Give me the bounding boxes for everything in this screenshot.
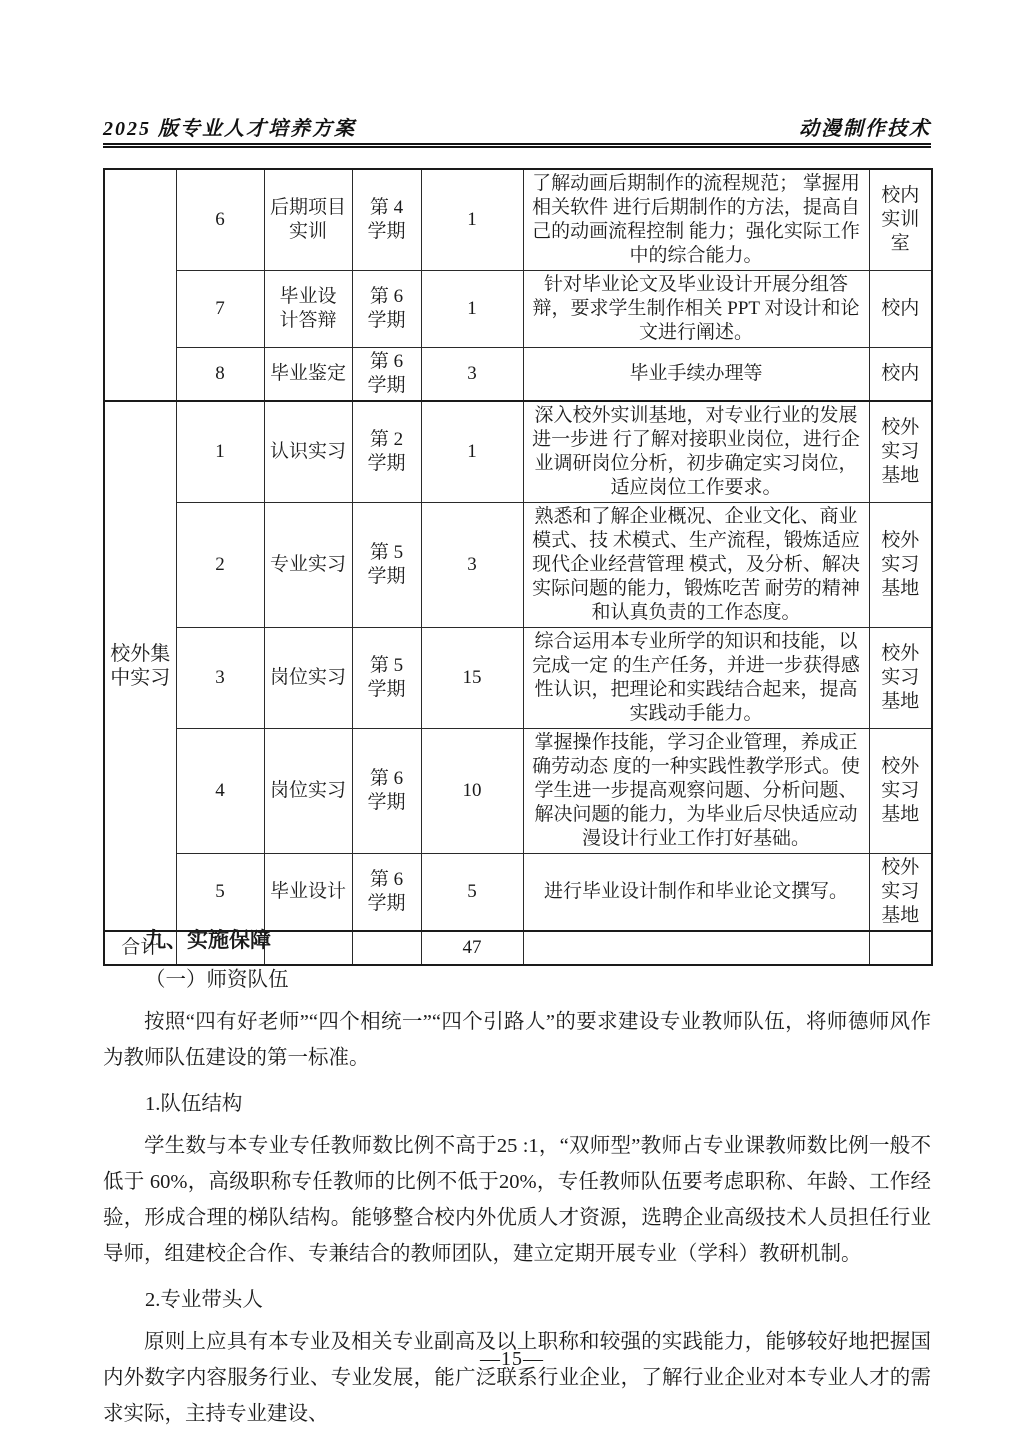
cell-category-empty [104, 169, 176, 401]
cell-term: 第 4 学期 [352, 169, 421, 271]
cell-term: 第 6 学期 [352, 271, 421, 348]
cell-term: 第 5 学期 [352, 628, 421, 729]
cell-location: 校内 [869, 271, 932, 348]
table-row: 3 岗位实习 第 5 学期 15 综合运用本专业所学的知识和技能，以完成一定 的… [104, 628, 932, 729]
cell-course-name: 专业实习 [264, 503, 352, 628]
cell-weeks: 5 [421, 854, 523, 932]
cell-term: 第 2 学期 [352, 401, 421, 503]
cell-course-name: 毕业设 计答辩 [264, 271, 352, 348]
cell-seq: 8 [176, 348, 264, 402]
paragraph-teacher-team: 按照“四有好老师”“四个相统一”“四个引路人”的要求建设专业教师队伍，将师德师风… [103, 1004, 931, 1076]
cell-weeks: 1 [421, 169, 523, 271]
header-left-title: 2025 版专业人才培养方案 [103, 112, 356, 141]
cell-location: 校外 实习 基地 [869, 628, 932, 729]
practicum-table: 6 后期项目 实训 第 4 学期 1 了解动画后期制作的流程规范； 掌握用相关软… [103, 168, 933, 966]
cell-weeks: 1 [421, 271, 523, 348]
cell-category-offcampus: 校外集 中实习 [104, 401, 176, 931]
cell-weeks: 10 [421, 729, 523, 854]
cell-description: 毕业手续办理等 [523, 348, 869, 402]
cell-seq: 5 [176, 854, 264, 932]
cell-description: 进行毕业设计制作和毕业论文撰写。 [523, 854, 869, 932]
cell-location: 校外 实习 基地 [869, 729, 932, 854]
page-number: —15— [0, 1348, 1024, 1371]
cell-seq: 7 [176, 271, 264, 348]
table-row: 8 毕业鉴定 第 6 学期 3 毕业手续办理等 校内 [104, 348, 932, 402]
cell-term: 第 5 学期 [352, 503, 421, 628]
cell-seq: 3 [176, 628, 264, 729]
table-row: 校外集 中实习 1 认识实习 第 2 学期 1 深入校外实训基地，对专业行业的发… [104, 401, 932, 503]
cell-location: 校内 实训 室 [869, 169, 932, 271]
page-header: 2025 版专业人才培养方案 动漫制作技术 [103, 112, 931, 141]
cell-course-name: 岗位实习 [264, 729, 352, 854]
cell-seq: 1 [176, 401, 264, 503]
table-row: 7 毕业设 计答辩 第 6 学期 1 针对毕业论文及毕业设计开展分组答辩，要求学… [104, 271, 932, 348]
paragraph-structure: 学生数与本专业专任教师数比例不高于25 :1，“双师型”教师占专业课教师数比例一… [103, 1128, 931, 1272]
paragraph-leader: 原则上应具有本专业及相关专业副高及以上职称和较强的实践能力，能够较好地把握国内外… [103, 1324, 931, 1432]
cell-course-name: 认识实习 [264, 401, 352, 503]
cell-weeks: 1 [421, 401, 523, 503]
cell-term: 第 6 学期 [352, 348, 421, 402]
cell-location: 校内 [869, 348, 932, 402]
header-right-title: 动漫制作技术 [799, 112, 931, 141]
cell-description: 综合运用本专业所学的知识和技能，以完成一定 的生产任务，并进一步获得感性认识，把… [523, 628, 869, 729]
item-title-leader: 2.专业带头人 [145, 1284, 931, 1316]
document-page: 2025 版专业人才培养方案 动漫制作技术 6 后期项目 实训 第 4 学期 1… [0, 0, 1024, 1448]
cell-description: 掌握操作技能，学习企业管理，养成正确劳动态 度的一种实践性教学形式。使学生进一步… [523, 729, 869, 854]
table-row: 4 岗位实习 第 6 学期 10 掌握操作技能，学习企业管理，养成正确劳动态 度… [104, 729, 932, 854]
cell-description: 熟悉和了解企业概况、企业文化、商业模式、技 术模式、生产流程，锻炼适应现代企业经… [523, 503, 869, 628]
cell-weeks: 3 [421, 503, 523, 628]
cell-course-name: 岗位实习 [264, 628, 352, 729]
header-double-rule [103, 143, 931, 148]
table-row: 6 后期项目 实训 第 4 学期 1 了解动画后期制作的流程规范； 掌握用相关软… [104, 169, 932, 271]
cell-course-name: 后期项目 实训 [264, 169, 352, 271]
cell-description: 深入校外实训基地，对专业行业的发展进一步进 行了解对接职业岗位，进行企业调研岗位… [523, 401, 869, 503]
table-row: 5 毕业设计 第 6 学期 5 进行毕业设计制作和毕业论文撰写。 校外 实习 基… [104, 854, 932, 932]
cell-weeks: 3 [421, 348, 523, 402]
item-title-structure: 1.队伍结构 [145, 1088, 931, 1120]
cell-term: 第 6 学期 [352, 729, 421, 854]
cell-location: 校外 实习 基地 [869, 401, 932, 503]
cell-description: 了解动画后期制作的流程规范； 掌握用相关软件 进行后期制作的方法，提高自己的动画… [523, 169, 869, 271]
table-row: 2 专业实习 第 5 学期 3 熟悉和了解企业概况、企业文化、商业模式、技 术模… [104, 503, 932, 628]
cell-term: 第 6 学期 [352, 854, 421, 932]
cell-seq: 2 [176, 503, 264, 628]
cell-course-name: 毕业鉴定 [264, 348, 352, 402]
cell-course-name: 毕业设计 [264, 854, 352, 932]
sub-heading: （一）师资队伍 [145, 964, 931, 996]
section-heading: 九、实施保障 [145, 926, 931, 956]
cell-seq: 4 [176, 729, 264, 854]
cell-weeks: 15 [421, 628, 523, 729]
cell-description: 针对毕业论文及毕业设计开展分组答辩，要求学生制作相关 PPT 对设计和论文进行阐… [523, 271, 869, 348]
cell-location: 校外 实习 基地 [869, 854, 932, 932]
cell-location: 校外 实习 基地 [869, 503, 932, 628]
cell-seq: 6 [176, 169, 264, 271]
